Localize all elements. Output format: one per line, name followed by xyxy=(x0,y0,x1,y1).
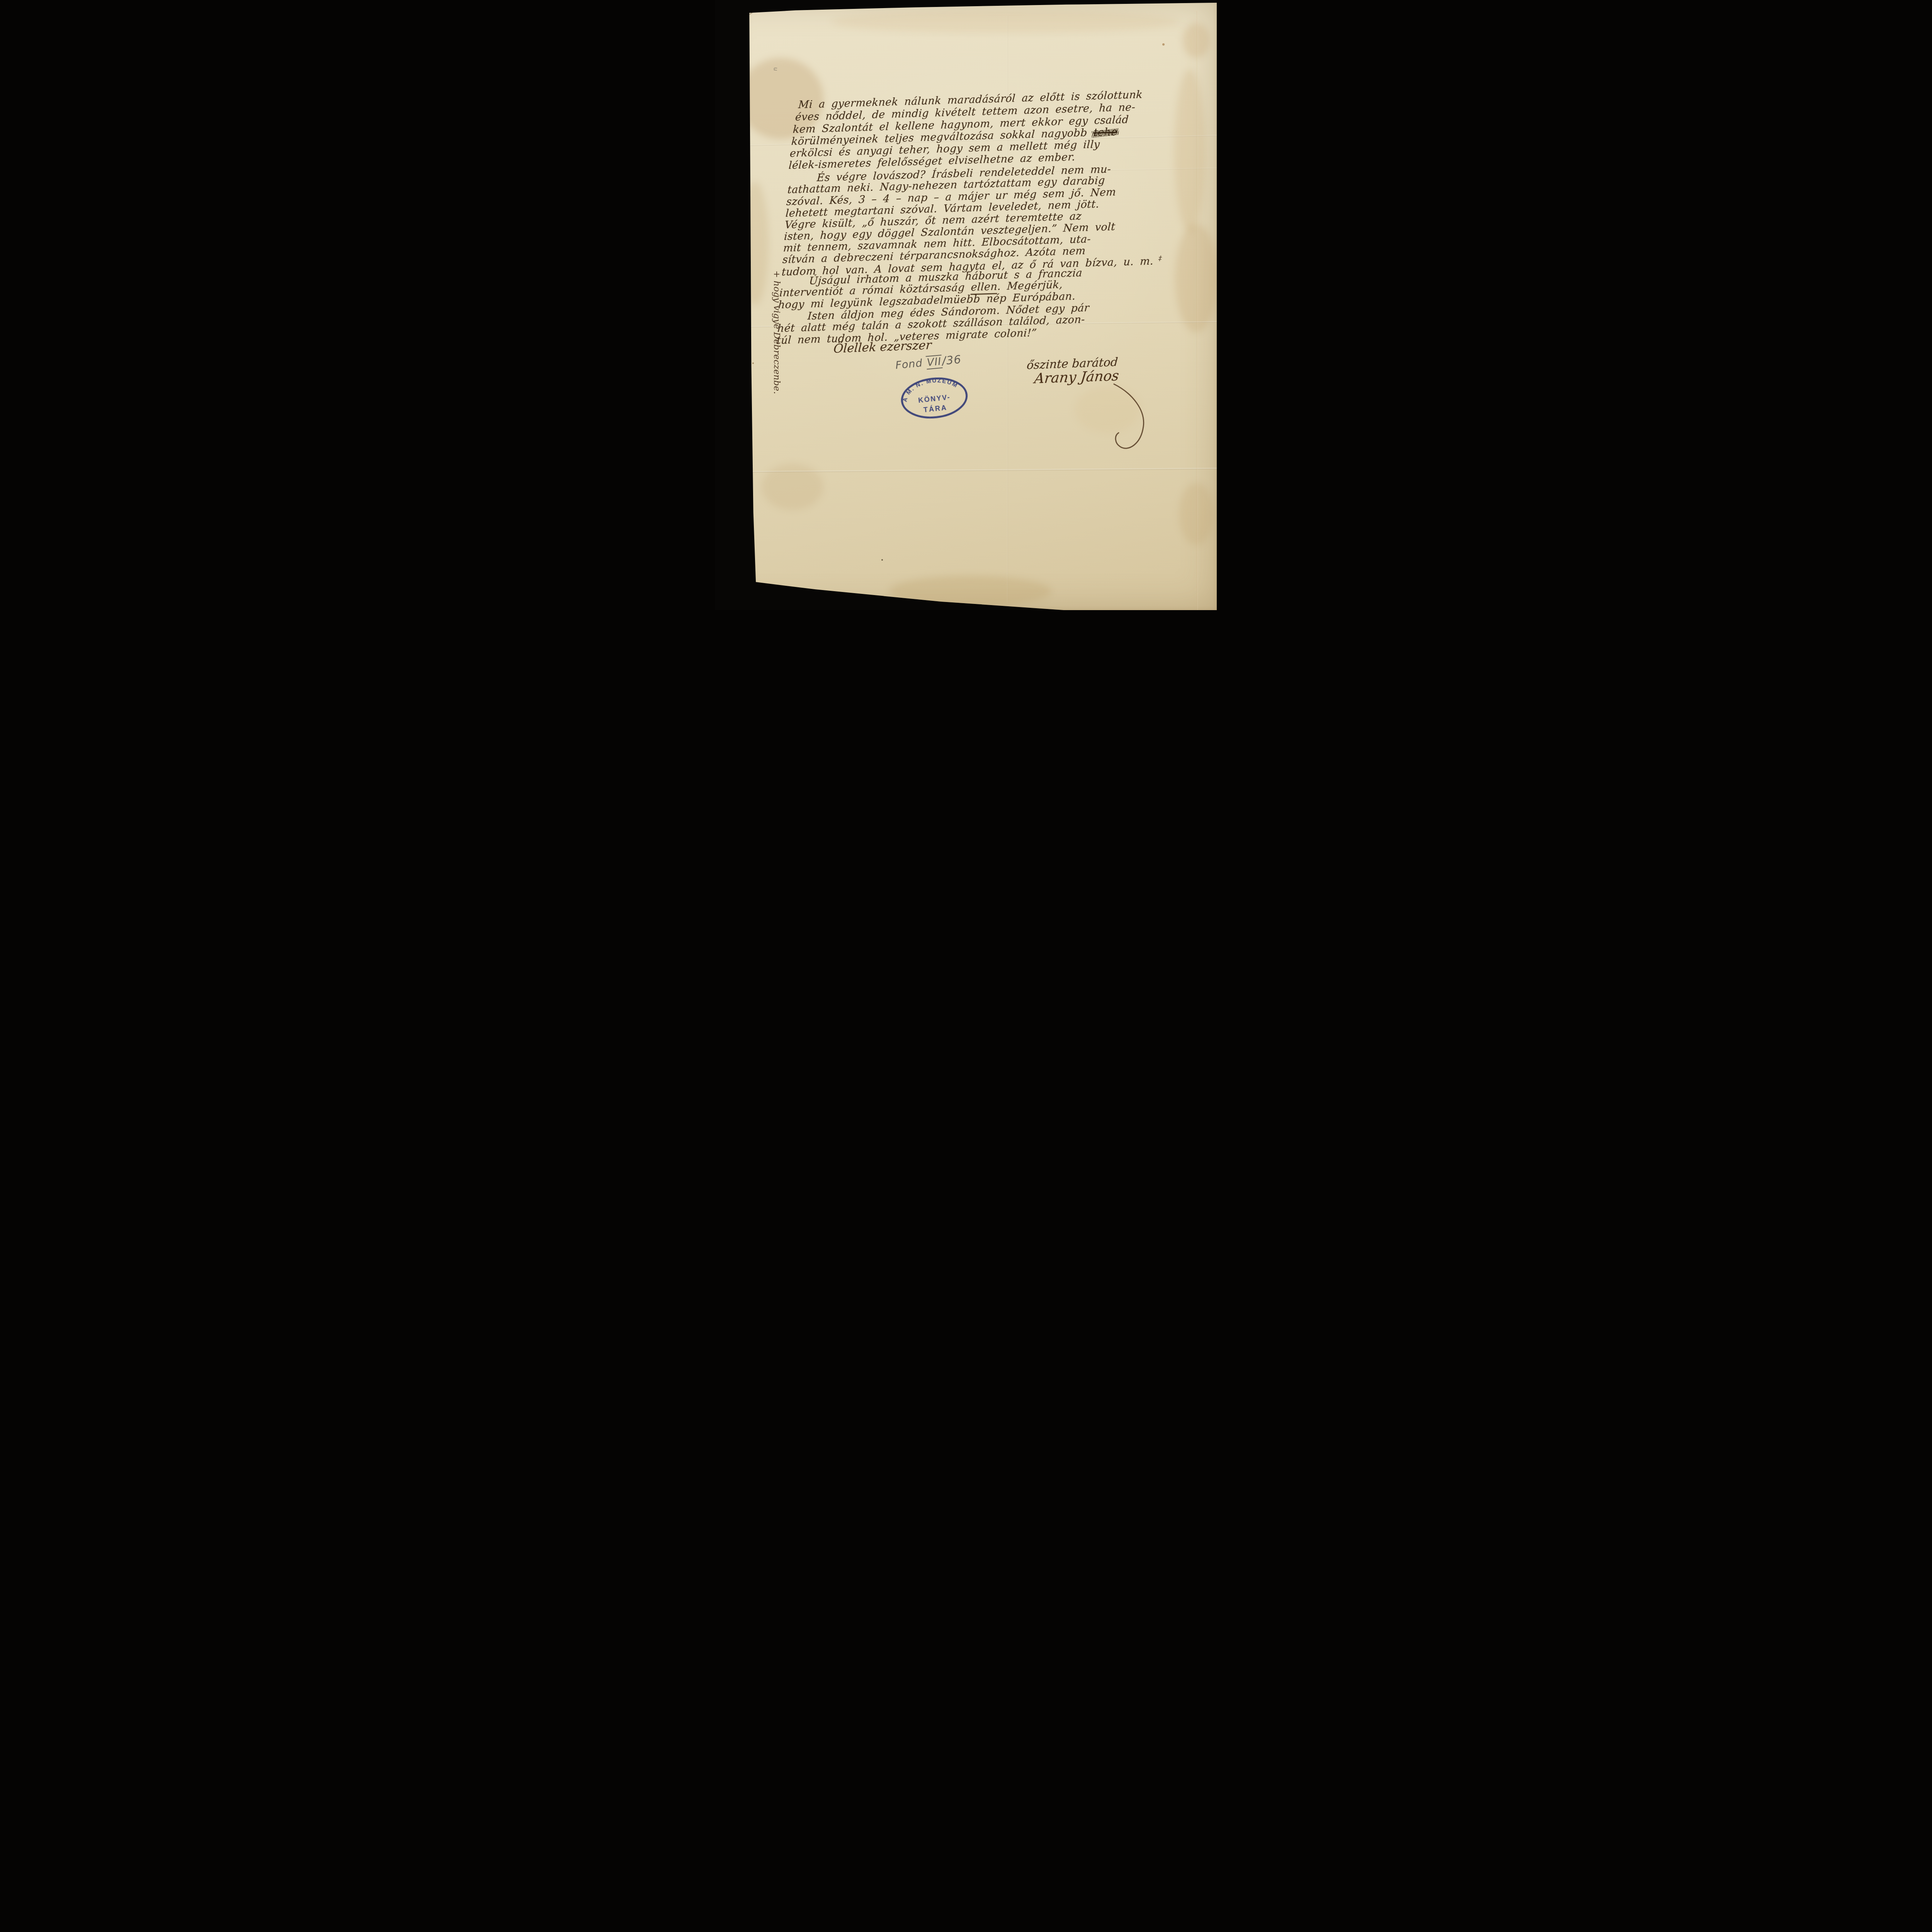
library-stamp: A M. N. MUZEUM KÖNYV- TÁRA xyxy=(898,373,971,423)
letter-segment-strike: tehe xyxy=(1093,126,1118,139)
signature: Arany János xyxy=(1034,368,1120,387)
stamp-line1: KÖNYV- xyxy=(918,393,951,405)
stamp-line2: TÁRA xyxy=(923,403,948,414)
fond-roman-numeral: VII xyxy=(926,355,943,369)
margin-footnote: + hogy vigye Debreczenbe. xyxy=(772,270,782,398)
pencil-mark: u xyxy=(772,67,779,71)
scanned-letter-page: Mi a gyermeknek nálunk maradásáról az el… xyxy=(715,0,1217,610)
letter-segment-sup: ‡ xyxy=(1153,254,1162,262)
letter-body: Mi a gyermeknek nálunk maradásáról az el… xyxy=(715,0,1217,610)
fond-number: /36 xyxy=(942,353,962,367)
